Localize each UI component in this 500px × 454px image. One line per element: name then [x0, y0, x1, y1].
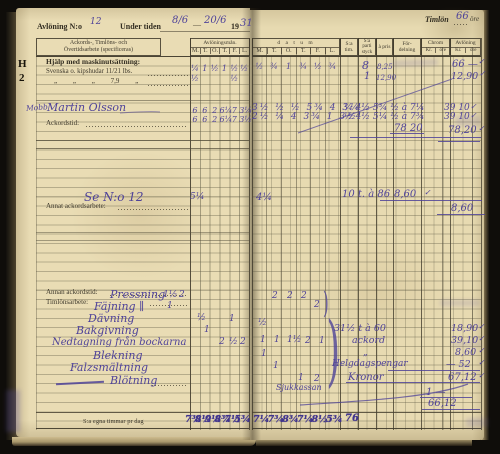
ink-smudge	[452, 342, 482, 347]
pay-subheader: Kr. öre	[451, 47, 480, 53]
unit-price: 12,90	[376, 74, 396, 82]
sick-fund-note: Sjukkassan	[276, 383, 322, 392]
day-cell	[210, 192, 220, 202]
day-cell: 6	[190, 115, 200, 124]
pay-header: Avlöning Kr. öre	[450, 38, 481, 56]
left-daily-sums: 7¾8¼9¼8¾7½5¾	[185, 414, 244, 425]
machine-setup-label: Hjälp med maskinutsättning:	[46, 57, 140, 66]
hours-value: 1	[319, 336, 325, 346]
sum-cell: 7¾	[185, 414, 195, 425]
calc-amount: 18,90	[451, 323, 478, 334]
day-cell: 6¼	[220, 115, 230, 124]
hourly-work-label: Timlönsarbete:	[46, 298, 88, 306]
hours-value: 2	[179, 290, 185, 300]
payroll-number-label: Avlöning N:o	[37, 22, 82, 31]
calc-label: Helgdagspengar	[332, 359, 408, 369]
checkmark: ✓	[478, 57, 485, 66]
batch-count: 1	[364, 71, 370, 82]
day-cell: 7	[229, 115, 239, 124]
payroll-number-value: 12	[90, 17, 101, 27]
day-initial: F.	[229, 48, 239, 54]
period-from: 8/6	[172, 15, 188, 26]
day-cell	[229, 192, 239, 202]
left-days-title: Avlöningsmån.	[203, 39, 236, 47]
day-cell	[239, 192, 249, 202]
day-cell	[210, 74, 220, 83]
distribution-title: För-delning	[395, 41, 419, 53]
checkmark: ✓	[478, 346, 485, 355]
day-cell: ¾	[296, 62, 311, 71]
sums-top-rule	[36, 412, 249, 413]
chrome-subheader: Kr. öre	[422, 47, 449, 53]
left-piecework-row1: 6626¼73¼	[190, 106, 249, 115]
page-stack-bottom-right	[256, 440, 472, 446]
day-cell	[200, 192, 210, 202]
total-underline	[438, 141, 480, 142]
day-cell: 7	[229, 106, 239, 115]
hours-value: 1	[273, 361, 279, 371]
piecework-time-label: Ackordstid:	[46, 119, 79, 127]
other-piecework-label: Annat ackordsarbete:	[46, 202, 106, 210]
sum-cell: 8½	[312, 414, 327, 425]
column-line	[340, 38, 341, 430]
mid-amount: 8,60	[394, 189, 416, 200]
hours-value: 2	[272, 291, 278, 301]
day-cell	[239, 74, 249, 83]
sums-top-rule	[252, 412, 481, 413]
hours-value: 1	[167, 301, 173, 311]
left-piecework-row2: 6626¼73½	[190, 115, 249, 124]
hours-grand-total: 76	[345, 413, 359, 424]
sum-cell: 7¼	[297, 414, 312, 425]
hours-value: 1½	[163, 290, 177, 300]
kr-label: Kr.	[422, 48, 435, 53]
day-initial: T.	[296, 48, 311, 54]
hours-value: 1	[260, 335, 266, 345]
hours-value: 2	[305, 336, 311, 346]
sum-cell: 7½	[224, 414, 234, 425]
work-item: Nedtagning från bockarna	[52, 337, 186, 348]
day-cell	[220, 74, 230, 83]
left-days-header: Avlöningsmån. M. T. O. T. F. L.	[190, 38, 250, 56]
leader-dots	[86, 126, 186, 127]
checkmark: ✓	[478, 358, 485, 367]
chrome-title: Chrom	[428, 39, 443, 47]
day-cell: 6	[190, 106, 200, 115]
header-bottom-rule	[252, 56, 481, 57]
table-bottom-rule	[36, 428, 249, 429]
hours-value: 1	[274, 335, 280, 345]
sum-hours-header: S:a tim.	[340, 38, 358, 56]
hours-value: ½	[197, 313, 206, 323]
section-rule	[36, 148, 249, 149]
mid-underline	[437, 214, 485, 215]
day-cell: ¼	[190, 64, 200, 73]
column-line	[249, 38, 250, 430]
checkmark: ✓	[478, 322, 485, 331]
sum-cell: 8¾	[282, 414, 297, 425]
distribution-header: För-delning	[393, 38, 421, 56]
table-bottom-rule	[252, 428, 481, 429]
left-day-initials: M. T. O. T. F. L.	[191, 47, 249, 54]
work-item: Falzsmältning	[70, 361, 148, 374]
sum-cell: 9¼	[205, 414, 215, 425]
day-cell: 6	[200, 106, 210, 115]
left-hours-row2: ½½	[190, 74, 249, 83]
total-underline	[390, 133, 424, 134]
hours-value: 2	[240, 337, 246, 347]
svenska-kipshudar-label: Svenska o. kipshudar 11/21 lbs.	[46, 68, 132, 75]
calc-label: 31½ t à 60	[334, 323, 386, 334]
checkmark: ✓	[424, 188, 431, 197]
sum-cell: 8¼	[195, 414, 205, 425]
ink-smudge	[440, 300, 480, 306]
price-title: à pris	[378, 44, 390, 50]
sum-cell: 5¾	[234, 414, 244, 425]
ore-label: öre	[465, 48, 480, 53]
day-cell: 2	[210, 115, 220, 124]
leader-dots	[454, 24, 468, 25]
day-cell: 1	[200, 64, 210, 73]
column-line	[393, 38, 394, 430]
ink-smudge	[466, 418, 488, 427]
day-cell: 6¼	[220, 106, 230, 115]
hours-value: 2	[287, 291, 293, 301]
mid-calc: 10 t. à 86	[342, 189, 390, 200]
hours-value: 2	[219, 337, 225, 347]
other-piecework-time-label: Annan ackordstid:	[46, 288, 98, 296]
day-cell: 3½	[239, 115, 249, 124]
pay-title: Avlöning	[455, 39, 475, 47]
day-cell: 3¼	[239, 106, 249, 115]
hours-value: 1	[204, 325, 210, 335]
pay-amount: 66 —	[452, 59, 478, 70]
right-day-initials: M. T. O. T. F. L.	[253, 47, 339, 54]
day-cell: ½	[239, 64, 249, 73]
leader-dots	[148, 75, 188, 76]
hours-value: 4¼	[256, 192, 272, 203]
column-line	[36, 56, 37, 430]
unit-price: 8,25	[377, 63, 393, 71]
hours-value: 1	[229, 314, 235, 324]
ditto-row-label: „ „ „ 7,9 „	[54, 77, 138, 85]
worker-name: Martin Olsson	[47, 101, 126, 114]
leader-dots	[118, 209, 188, 210]
hours-value: 1½	[287, 335, 301, 345]
chrome-header: Chrom Kr. öre	[421, 38, 450, 56]
day-initial: F.	[310, 48, 325, 54]
calc-label: „	[363, 347, 368, 358]
work-description-header: Ackords-, Timlöns- och Övertidsarbete (s…	[36, 38, 161, 56]
hours-value: 1	[261, 349, 267, 359]
day-cell	[220, 192, 230, 202]
pay-amount: 12,90	[451, 71, 478, 82]
leader-dots	[148, 85, 188, 86]
period-underline	[160, 31, 250, 32]
piecework-total: 78,20	[448, 125, 477, 136]
column-line	[421, 38, 422, 430]
right-days-header: d a t u m M. T. O. T. F. L.	[252, 38, 340, 56]
day-initial: T.	[219, 48, 229, 54]
day-initial: O.	[281, 48, 296, 54]
calc-amount: 8,60	[455, 347, 476, 358]
day-initial: M.	[253, 48, 267, 54]
hourly-rate-unit: öre	[470, 15, 479, 23]
day-initial: L.	[325, 48, 340, 54]
day-cell: ½	[252, 62, 267, 71]
day-cell: ½	[190, 74, 200, 83]
hours-value: 2	[301, 291, 307, 301]
work-item: Blötning	[110, 374, 157, 387]
leader-dots	[152, 385, 188, 386]
sum-cell: 7¾	[268, 414, 283, 425]
ink-smudge	[455, 116, 481, 126]
day-cell: ½	[229, 64, 239, 73]
ink-smudge	[6, 390, 20, 432]
hourly-rate-value: 66	[456, 11, 469, 22]
sum-cell: 5¾	[326, 414, 341, 425]
sum-hours-title: S:a tim.	[341, 41, 357, 53]
checkmark: ✓	[470, 102, 477, 111]
thumb-index-letter: H	[18, 58, 27, 70]
day-initial: L.	[239, 48, 249, 54]
work-description-line1: Ackords-, Timlöns- och	[70, 40, 127, 47]
day-cell: ½	[311, 62, 326, 71]
datum-title: d a t u m	[277, 39, 314, 47]
right-hours-row1: ½¾1¾½¾	[252, 62, 340, 71]
margin-note: Mobb	[26, 102, 48, 112]
piecework-day-values: 2½ ¼ 4 3¾ 1 3½	[252, 112, 358, 122]
sum-cell: 8¾	[215, 414, 225, 425]
checkmark: ✓	[478, 371, 485, 380]
day-cell: ¾	[267, 62, 282, 71]
day-cell: 2	[210, 106, 220, 115]
calc-label: ackord	[352, 335, 385, 346]
day-cell: ½	[210, 64, 220, 73]
mid-total: 8,60	[451, 203, 473, 214]
year-handwritten: 31	[240, 18, 253, 29]
column-line	[252, 38, 253, 430]
sum-cell: 7¼	[253, 414, 268, 425]
day-initial: M.	[191, 48, 200, 54]
day-cell: 6	[200, 115, 210, 124]
day-initial: T.	[267, 48, 282, 54]
sum-batch-header: S:a parti styck	[358, 38, 376, 56]
checkmark: ✓	[479, 69, 486, 78]
section-rule	[36, 232, 249, 233]
ore-label: öre	[435, 48, 449, 53]
sum-batch-title: S:a parti styck	[359, 39, 375, 56]
period-dash: —	[193, 20, 201, 29]
year-printed: 19	[231, 22, 239, 31]
calc-amount: — 52	[446, 359, 471, 370]
price-header: à pris	[376, 38, 393, 56]
day-cell: 5¼	[190, 192, 200, 202]
mid-underline	[380, 200, 482, 201]
day-initial: O.	[210, 48, 220, 54]
day-cell: 1	[220, 64, 230, 73]
right-daily-sums: 7¼7¾8¾7¼8½5¾	[253, 414, 341, 425]
section-rule	[36, 240, 249, 241]
totals-underline	[388, 370, 480, 371]
hours-value: ½	[258, 318, 267, 328]
hours-value: ½	[229, 337, 238, 347]
daily-hours-sum-label: S:a egna timmar pr dag	[83, 418, 144, 425]
day-initial: T.	[200, 48, 210, 54]
net-amount: 66,12	[428, 398, 457, 409]
day-cell: 1	[281, 62, 296, 71]
totals-underline	[422, 409, 480, 410]
hours-value: 1	[298, 373, 304, 383]
column-line	[442, 47, 443, 430]
day-cell: ½	[229, 74, 239, 83]
piecework-calc: ½ 4½ 5¼ ½ à 7¾	[344, 112, 424, 122]
thumb-index-number: 2	[19, 72, 25, 84]
left-hours-row5: 5¼	[190, 192, 249, 202]
section-rule	[36, 140, 249, 141]
column-line	[190, 38, 191, 430]
left-hours-row1: ¼1½1½½	[190, 64, 249, 73]
hourly-rate-label: Timlön	[425, 15, 449, 24]
hours-value: 2	[314, 300, 320, 310]
day-cell: ¾	[325, 62, 340, 71]
page-stack-bottom-edge	[12, 437, 256, 446]
totals-underline	[346, 382, 480, 383]
total-underline	[350, 137, 481, 138]
kr-label: Kr.	[451, 48, 465, 53]
day-cell	[200, 74, 210, 83]
ledger-scan: H 2 Avlöning N:o 12 Under tiden 8/6 — 20…	[0, 0, 500, 454]
period-label: Under tiden	[120, 22, 161, 31]
work-description-line2: Övertidsarbete (specificeras)	[64, 47, 133, 54]
work-item: Bakgivning	[76, 324, 139, 337]
period-to: 20/6	[204, 15, 226, 26]
